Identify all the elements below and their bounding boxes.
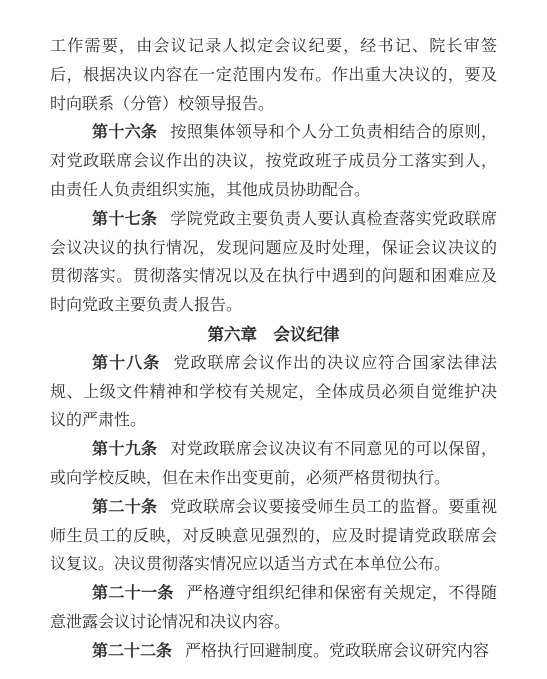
clause-19-number: 第十九条 — [92, 441, 157, 458]
clause-16-number: 第十六条 — [92, 124, 157, 141]
clause-19: 第十九条对党政联席会议决议有不同意见的可以保留，或向学校反映，但在未作出变更前，… — [50, 436, 497, 494]
clause-20: 第二十条党政联席会议要接受师生员工的监督。要重视师生员工的反映，对反映意见强烈的… — [50, 494, 497, 580]
clause-18-number: 第十八条 — [92, 355, 160, 372]
clause-20-number: 第二十条 — [92, 499, 157, 516]
chapter-heading: 第六章 会议纪律 — [50, 321, 497, 350]
clause-17-number: 第十七条 — [92, 211, 157, 228]
clause-17: 第十七条学院党政主要负责人要认真检查落实党政联席会议决议的执行情况，发现问题应及… — [50, 206, 497, 321]
clause-22-number: 第二十二条 — [92, 643, 172, 660]
document-page: 工作需要，由会议记录人拟定会议纪要，经书记、院长审签后，根据决议内容在一定范围内… — [0, 0, 547, 679]
clause-22: 第二十二条严格执行回避制度。党政联席会议研究内容 — [50, 638, 497, 667]
clause-18: 第十八条党政联席会议作出的决议应符合国家法律法规、上级文件精神和学校有关规定，全… — [50, 350, 497, 436]
clause-21: 第二十一条严格遵守组织纪律和保密有关规定，不得随意泄露会议讨论情况和决议内容。 — [50, 580, 497, 638]
clause-22-text: 严格执行回避制度。党政联席会议研究内容 — [185, 643, 489, 660]
clause-21-number: 第二十一条 — [92, 585, 174, 602]
paragraph-continuation: 工作需要，由会议记录人拟定会议纪要，经书记、院长审签后，根据决议内容在一定范围内… — [50, 33, 497, 119]
clause-16: 第十六条按照集体领导和个人分工负责相结合的原则，对党政联席会议作出的决议，按党政… — [50, 119, 497, 205]
